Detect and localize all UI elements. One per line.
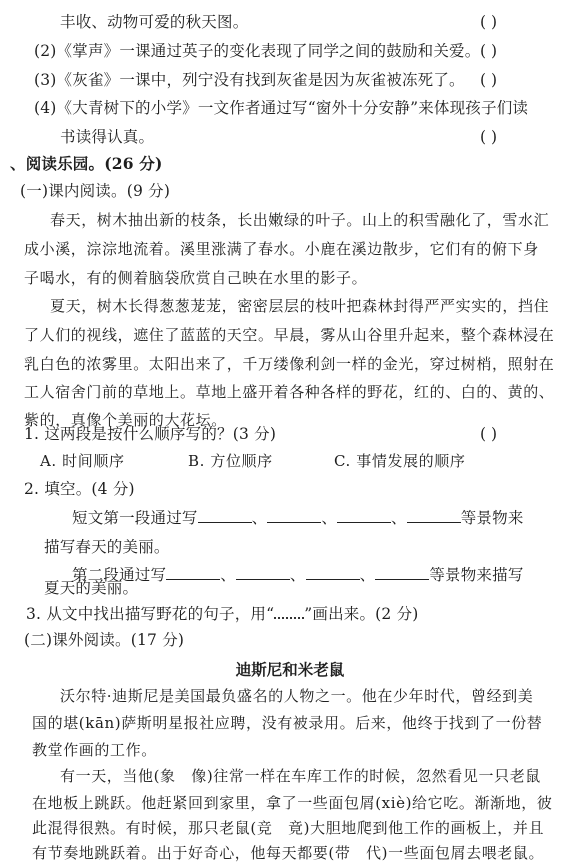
section-heading: 、阅读乐园。(26 分) — [10, 154, 163, 174]
passage1-line-4: 夏天，树木长得葱葱茏茏，密密层层的枝叶把森林封得严严实实的，挡住 — [50, 296, 549, 316]
fill-line-2-suffix: 等景物来描写 — [429, 566, 523, 584]
answer-paren-1[interactable]: ( ) — [480, 12, 497, 32]
part2-heading: (二)课外阅读。(17 分) — [24, 630, 184, 650]
passage1-line-3: 子喝水，有的侧着脑袋欣赏自己映在水里的影子。 — [24, 268, 367, 288]
passage1-line-1: 春天，树木抽出新的枝条，长出嫩绿的叶子。山上的积雪融化了，雪水汇 — [50, 210, 549, 230]
fill-line-1-prefix: 短文第一段通过写 — [72, 509, 198, 527]
separator: 、 — [391, 509, 407, 527]
passage2-line-4: 有一天，当他(象 像)往常一样在车库工作的时候，忽然看见一只老鼠 — [60, 766, 541, 786]
fill-blank[interactable] — [375, 565, 429, 580]
judge-item-1-cont: 丰收、动物可爱的秋天图。 — [60, 12, 248, 32]
judge-item-4-cont: 书读得认真。 — [60, 127, 154, 147]
fill-blank[interactable] — [267, 508, 321, 523]
passage1-line-2: 成小溪，淙淙地流着。溪里涨满了春水。小鹿在溪边散步，它们有的俯下身 — [24, 239, 539, 259]
passage2-line-2: 国的堪(kān)萨斯明星报社应聘，没有被录用。后来，他终于找到了一份替 — [32, 713, 542, 733]
fill-line-1-suffix: 等景物来 — [461, 509, 524, 527]
passage1-line-6: 乳白色的浓雾里。太阳出来了，千万缕像利剑一样的金光，穿过树梢，照射在 — [24, 354, 554, 374]
fill-line-1-cont: 描写春天的美丽。 — [44, 537, 170, 557]
fill-blank[interactable] — [306, 565, 360, 580]
question-3-suffix: ”画出来。(2 分) — [304, 605, 418, 623]
judge-item-3: (3)《灰雀》一课中，列宁没有找到灰雀是因为灰雀被冻死了。 — [34, 70, 465, 90]
answer-paren-2[interactable]: ( ) — [480, 41, 497, 61]
option-a[interactable]: A. 时间顺序 — [40, 451, 125, 471]
fill-blank[interactable] — [166, 565, 220, 580]
separator: 、 — [360, 566, 376, 584]
story-title: 迪斯尼和米老鼠 — [0, 660, 580, 680]
passage1-line-7: 工人宿舍门前的草地上。草地上盛开着各种各样的野花，红的、白的、黄的、 — [24, 382, 554, 402]
passage2-line-3: 教堂作画的工作。 — [32, 740, 157, 760]
fill-blank[interactable] — [407, 508, 461, 523]
passage2-line-5: 在地板上跳跃。他赶紧回到家里，拿了一些面包屑(xiè)给它吃。渐渐地，彼 — [32, 793, 552, 813]
fill-blank[interactable] — [337, 508, 391, 523]
option-b[interactable]: B. 方位顺序 — [188, 451, 273, 471]
question-3: 3. 从文中找出描写野花的句子，用“”画出来。(2 分) — [26, 603, 419, 624]
fill-blank[interactable] — [236, 565, 290, 580]
answer-paren-4[interactable]: ( ) — [480, 127, 497, 147]
option-c[interactable]: C. 事情发展的顺序 — [334, 451, 465, 471]
answer-paren-q1[interactable]: ( ) — [480, 424, 497, 444]
fill-blank[interactable] — [198, 508, 252, 523]
question-3-prefix: 3. 从文中找出描写野花的句子，用“ — [26, 605, 274, 623]
passage2-line-7: 有节奏地跳跃着。出于好奇心，他每天都要(带 代)一些面包屑去喂老鼠。 — [32, 843, 544, 862]
question-2: 2. 填空。(4 分) — [24, 479, 135, 499]
part1-heading: (一)课内阅读。(9 分) — [20, 181, 170, 201]
wavy-underline-icon — [274, 603, 304, 619]
passage2-line-6: 此混得很熟。有时候，那只老鼠(竞 竟)大胆地爬到他工作的画板上，并且 — [32, 818, 544, 838]
fill-line-2-cont: 夏天的美丽。 — [44, 578, 138, 598]
question-1: 1. 这两段是按什么顺序写的？(3 分) — [24, 424, 276, 444]
answer-paren-3[interactable]: ( ) — [480, 70, 497, 90]
passage1-line-5: 了人们的视线，遮住了蓝蓝的天空。早晨，雾从山谷里升起来，整个森林浸在 — [24, 325, 554, 345]
separator: 、 — [321, 509, 337, 527]
fill-line-1: 短文第一段通过写、、、等景物来 — [72, 508, 524, 528]
judge-item-2: (2)《掌声》一课通过英子的变化表现了同学之间的鼓励和关爱。 — [34, 41, 480, 61]
separator: 、 — [252, 509, 268, 527]
passage2-line-1: 沃尔特·迪斯尼是美国最负盛名的人物之一。他在少年时代，曾经到美 — [60, 686, 533, 706]
separator: 、 — [290, 566, 306, 584]
judge-item-4: (4)《大青树下的小学》一文作者通过写“窗外十分安静”来体现孩子们读 — [34, 98, 528, 118]
separator: 、 — [220, 566, 236, 584]
fill-line-2: 第二段通过写、、、等景物来描写 — [72, 565, 524, 585]
